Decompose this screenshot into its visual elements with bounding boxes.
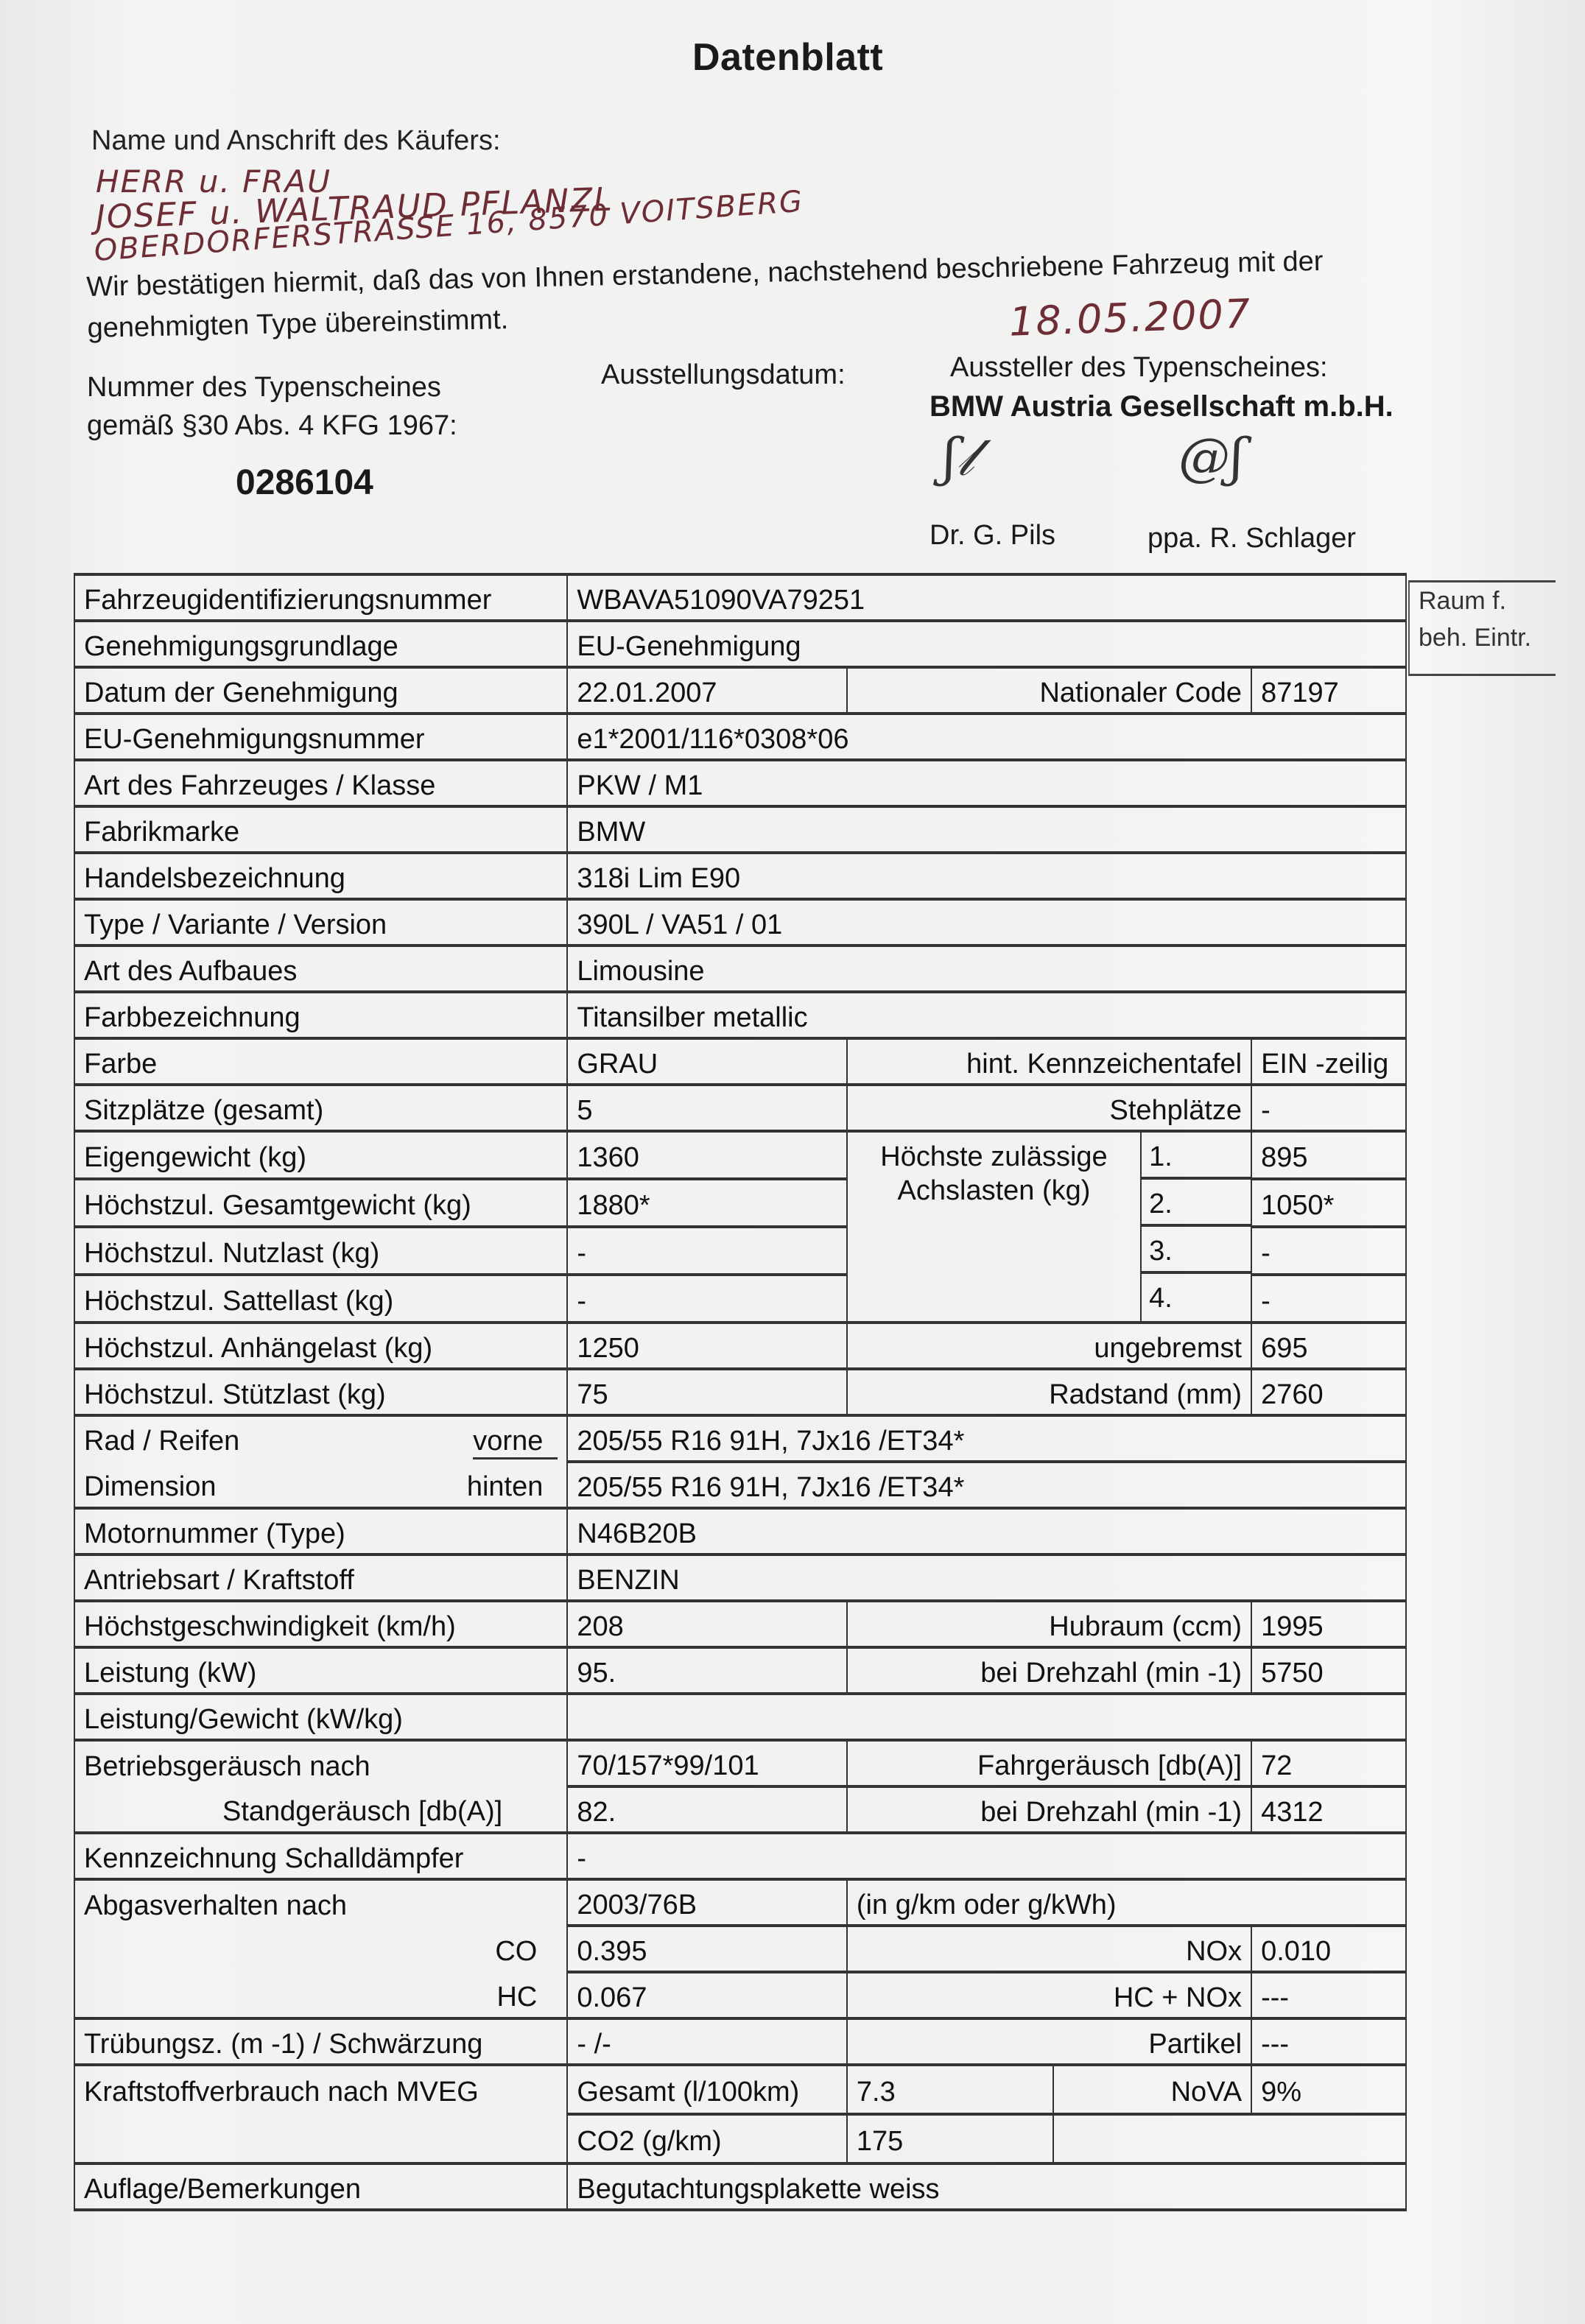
table-row: Sitzplätze (gesamt) 5 Stehplätze -: [74, 1085, 1406, 1131]
confirmation-text: Wir bestätigen hiermit, daß das von Ihne…: [86, 237, 1487, 349]
table-row: Auflage/Bemerkungen Begutachtungsplakett…: [74, 2163, 1406, 2210]
axle-numbers: 1. 2. 3. 4.: [1140, 1133, 1251, 1321]
table-row: Handelsbezeichnung 318i Lim E90: [74, 853, 1406, 899]
buyer-label: Name und Anschrift des Käufers:: [91, 125, 501, 157]
table-row: Type / Variante / Version 390L / VA51 / …: [74, 899, 1406, 946]
table-row: Art des Aufbaues Limousine: [74, 946, 1406, 992]
table-row: Datum der Genehmigung 22.01.2007 Nationa…: [74, 667, 1406, 714]
table-row: Höchstzul. Stützlast (kg) 75 Radstand (m…: [74, 1369, 1406, 1415]
vehicle-data-table: Fahrzeugidentifizierungsnummer WBAVA5109…: [74, 573, 1407, 2211]
table-row: Fahrzeugidentifizierungsnummer WBAVA5109…: [74, 574, 1406, 621]
table-row: Farbbezeichnung Titansilber metallic: [74, 992, 1406, 1038]
table-row: Höchstgeschwindigkeit (km/h) 208 Hubraum…: [74, 1601, 1406, 1647]
vin-value: WBAVA51090VA79251: [567, 574, 1406, 621]
official-entries-box: Raum f. beh. Eintr.: [1408, 580, 1556, 676]
table-row: Antriebsart / Kraftstoff BENZIN: [74, 1554, 1406, 1601]
table-row: Dimensionhinten 205/55 R16 91H, 7Jx16 /E…: [74, 1462, 1406, 1508]
table-row: Rad / Reifenvorne 205/55 R16 91H, 7Jx16 …: [74, 1415, 1406, 1462]
table-row: Höchstzul. Anhängelast (kg) 1250 ungebre…: [74, 1323, 1406, 1369]
table-row: Abgasverhalten nach 2003/76B (in g/km od…: [74, 1879, 1406, 1926]
table-row: HC 0.067 HC + NOx ---: [74, 1972, 1406, 2018]
table-row: CO 0.395 NOx 0.010: [74, 1926, 1406, 1972]
table-row: Farbe GRAU hint. Kennzeichentafel EIN -z…: [74, 1038, 1406, 1085]
table-row: Kennzeichnung Schalldämpfer -: [74, 1833, 1406, 1879]
signer-1: Dr. G. Pils: [929, 520, 1055, 552]
handwritten-date: 18.05.2007: [1008, 290, 1252, 345]
table-row: Betriebsgeräusch nach 70/157*99/101 Fahr…: [74, 1740, 1406, 1786]
table-row: Fabrikmarke BMW: [74, 806, 1406, 853]
table-row: Trübungsz. (m -1) / Schwärzung - /- Part…: [74, 2018, 1406, 2065]
table-row: Standgeräusch [db(A)] 82. bei Drehzahl (…: [74, 1786, 1406, 1833]
table-row: Art des Fahrzeuges / Klasse PKW / M1: [74, 760, 1406, 806]
table-row: Leistung/Gewicht (kW/kg): [74, 1694, 1406, 1740]
document-title: Datenblatt: [692, 35, 883, 80]
signature-pils: ʃ𝓁: [943, 427, 974, 488]
table-row: Genehmigungsgrundlage EU-Genehmigung: [74, 621, 1406, 667]
table-row: Leistung (kW) 95. bei Drehzahl (min -1) …: [74, 1647, 1406, 1694]
axle-loads-label: Höchste zulässige Achslasten (kg): [848, 1133, 1140, 1321]
aussteller-label: Aussteller des Typenscheines:: [950, 352, 1328, 384]
typenschein-number: 0286104: [236, 462, 373, 503]
table-row: EU-Genehmigungsnummer e1*2001/116*0308*0…: [74, 714, 1406, 760]
typenschein-label: Nummer des Typenscheines gemäß §30 Abs. …: [87, 368, 457, 445]
aussteller-name: BMW Austria Gesellschaft m.b.H.: [929, 390, 1394, 423]
table-row: Eigengewicht (kg) 1360 Höchste zulässige…: [74, 1131, 1406, 1179]
ausstellungsdatum-label: Ausstellungsdatum:: [601, 359, 846, 391]
table-row: Kraftstoffverbrauch nach MVEG Gesamt (l/…: [74, 2065, 1406, 2114]
signature-schlager: @ʃ: [1178, 427, 1244, 487]
table-row: Motornummer (Type) N46B20B: [74, 1508, 1406, 1554]
signer-2: ppa. R. Schlager: [1148, 523, 1356, 554]
